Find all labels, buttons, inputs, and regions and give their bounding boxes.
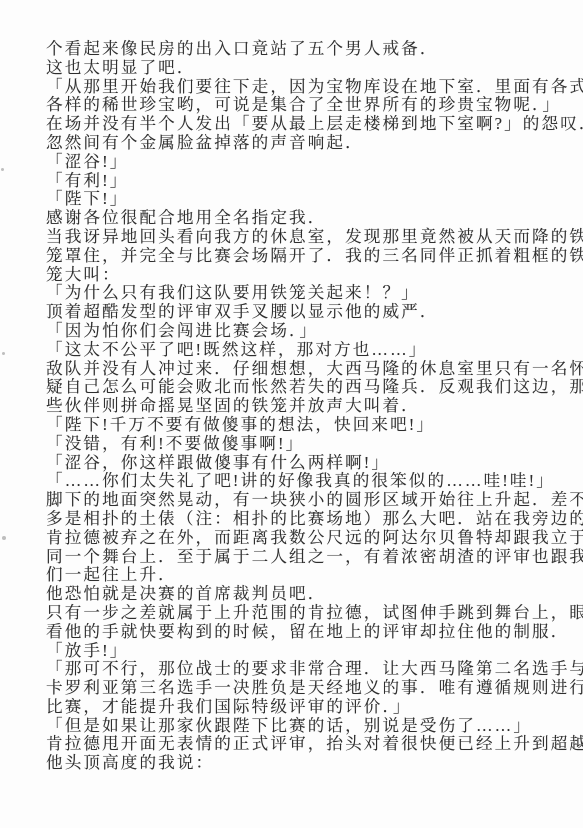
text-line: 「涩谷!」 <box>46 153 546 172</box>
text-line: 他头顶高度的我说： <box>46 754 546 773</box>
text-line: 多是相扑的土俵（注：相扑的比赛场地）那么大吧．站在我旁边的 <box>46 510 546 529</box>
text-line: 「陛下!」 <box>46 190 546 209</box>
text-line: 感谢各位很配合地用全名指定我． <box>46 209 546 228</box>
text-line: 忽然间有个金属脸盆掉落的声音响起． <box>46 134 546 153</box>
text-line: 「陛下!千万不要有做傻事的想法，快回来吧!」 <box>46 416 546 435</box>
scan-artifact <box>2 352 5 355</box>
text-line: 些伙伴则拼命摇晃坚固的铁笼并放声大叫着． <box>46 397 546 416</box>
text-line: 敌队并没有人冲过来．仔细想想，大西马隆的休息室里只有一名怀 <box>46 360 546 379</box>
text-line: 「……你们太失礼了吧!讲的好像我真的很笨似的……哇!哇!」 <box>46 472 546 491</box>
text-line: 肯拉德甩开面无表情的正式评审，抬头对着很快便已经上升到超越 <box>46 735 546 754</box>
text-line: 「那可不行，那位战士的要求非常合理．让大西马隆第二名选手与 <box>46 660 546 679</box>
text-line: 「为什么只有我们这队要用铁笼关起来！？」 <box>46 284 546 303</box>
text-line: 们一起往上升． <box>46 566 546 585</box>
text-line: 比赛，才能提升我们国际特级评审的评价．」 <box>46 698 546 717</box>
text-line: 顶着超酷发型的评审双手叉腰以显示他的威严． <box>46 303 546 322</box>
text-line: 个看起来像民房的出入口竟站了五个男人戒备． <box>46 40 546 59</box>
scan-artifact <box>2 536 6 540</box>
text-line: 笼大叫： <box>46 266 546 285</box>
text-line: 同一个舞台上．至于属于二人组之一，有着浓密胡渣的评审也跟我 <box>46 548 546 567</box>
text-line: 「放手!」 <box>46 642 546 661</box>
text-line: 「从那里开始我们要往下走，因为宝物库设在地下室．里面有各式 <box>46 78 546 97</box>
text-line: 疑自己怎么可能会败北而怅然若失的西马隆兵．反观我们这边，那 <box>46 378 546 397</box>
text-line: 「有利!」 <box>46 172 546 191</box>
text-line: 脚下的地面突然晃动，有一块狭小的圆形区域开始往上升起．差不 <box>46 491 546 510</box>
text-line: 只有一步之差就属于上升范围的肯拉德，试图伸手跳到舞台上，眼 <box>46 604 546 623</box>
scan-artifact <box>1 168 4 171</box>
text-line: 「因为怕你们会闯进比赛会场．」 <box>46 322 546 341</box>
text-line: 在场并没有半个人发出「要从最上层走楼梯到地下室啊?」的怨叹． <box>46 115 546 134</box>
text-line: 「没错，有利!不要做傻事啊!」 <box>46 435 546 454</box>
text-line: 当我讶异地回头看向我方的休息室，发现那里竟然被从天而降的铁 <box>46 228 546 247</box>
scanned-page: 个看起来像民房的出入口竟站了五个男人戒备． 这也太明显了吧． 「从那里开始我们要… <box>0 0 583 828</box>
text-line: 卡罗利亚第三名选手一决胜负是天经地义的事．唯有遵循规则进行 <box>46 679 546 698</box>
text-line: 「涩谷，你这样跟做傻事有什么两样啊!」 <box>46 454 546 473</box>
text-line: 他恐怕就是决赛的首席裁判员吧． <box>46 585 546 604</box>
text-block: 个看起来像民房的出入口竟站了五个男人戒备． 这也太明显了吧． 「从那里开始我们要… <box>46 40 546 773</box>
text-line: 笼罩住，并完全与比赛会场隔开了．我的三名同伴正抓着粗框的铁 <box>46 247 546 266</box>
text-line: 「这太不公平了吧!既然这样，那对方也……」 <box>46 341 546 360</box>
text-line: 「但是如果让那家伙跟陛下比赛的话，别说是受伤了……」 <box>46 717 546 736</box>
text-line: 这也太明显了吧． <box>46 59 546 78</box>
text-line: 肯拉德被弃之在外，而距离我数公尺远的阿达尔贝鲁特却跟我立于 <box>46 529 546 548</box>
text-line: 各样的稀世珍宝哟，可说是集合了全世界所有的珍贵宝物呢．」 <box>46 96 546 115</box>
text-line: 看他的手就快要构到的时候，留在地上的评审却拉住他的制服． <box>46 623 546 642</box>
